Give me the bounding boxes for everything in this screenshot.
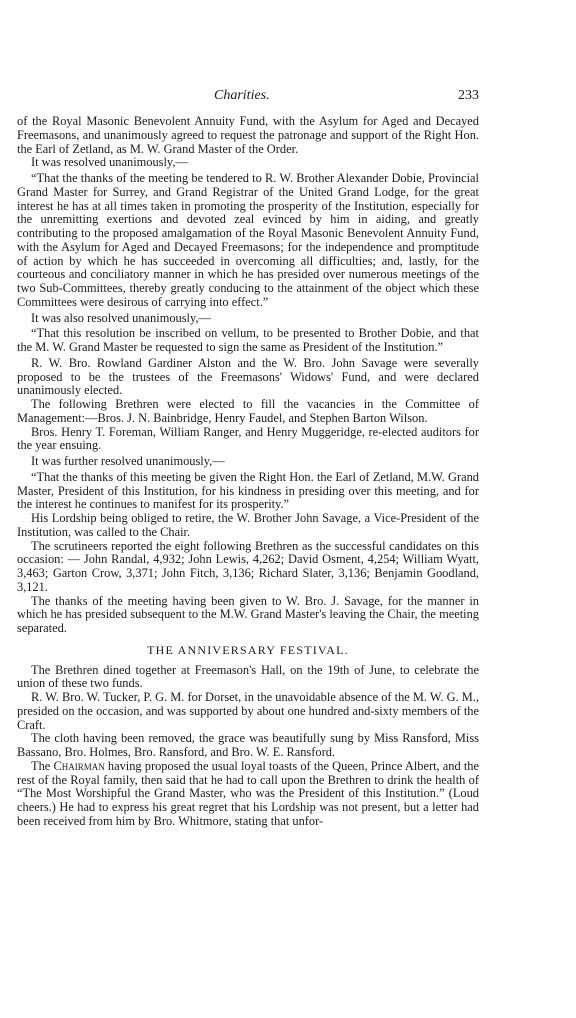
paragraph: R. W. Bro. Rowland Gardiner Alston and t… — [17, 357, 479, 398]
section-heading: THE ANNIVERSARY FESTIVAL. — [17, 644, 479, 658]
text-run: The — [31, 759, 53, 773]
paragraph: The Chairman having proposed the usual l… — [17, 760, 479, 829]
resolution-quote: “That this resolution be inscribed on ve… — [17, 327, 479, 355]
paragraph: Bros. Henry T. Foreman, William Ranger, … — [17, 426, 479, 454]
paragraph: R. W. Bro. W. Tucker, P. G. M. for Dorse… — [17, 691, 479, 732]
paragraph: The thanks of the meeting having been gi… — [17, 595, 479, 636]
resolution-quote: “That the thanks of the meeting be tende… — [17, 172, 479, 310]
book-page: Charities. 233 of the Royal Masonic Bene… — [17, 86, 479, 829]
paragraph: It was also resolved unanimously,— — [17, 312, 479, 326]
paragraph: His Lordship being obliged to retire, th… — [17, 512, 479, 540]
paragraph: The cloth having been removed, the grace… — [17, 732, 479, 760]
page-body: of the Royal Masonic Benevolent Annuity … — [17, 115, 479, 829]
paragraph: of the Royal Masonic Benevolent Annuity … — [17, 115, 479, 156]
paragraph: It was further resolved unanimously,— — [17, 455, 479, 469]
paragraph: It was resolved unanimously,— — [17, 156, 479, 170]
running-header: Charities. 233 — [17, 86, 479, 106]
running-title: Charities. — [214, 88, 270, 104]
paragraph: The Brethren dined together at Freemason… — [17, 664, 479, 692]
election-results: The scrutineers reported the eight follo… — [17, 540, 479, 595]
page-number: 233 — [458, 88, 479, 104]
resolution-quote: “That the thanks of this meeting be give… — [17, 471, 479, 512]
chairman-small-caps: Chairman — [53, 759, 104, 773]
paragraph: The following Brethren were elected to f… — [17, 398, 479, 426]
